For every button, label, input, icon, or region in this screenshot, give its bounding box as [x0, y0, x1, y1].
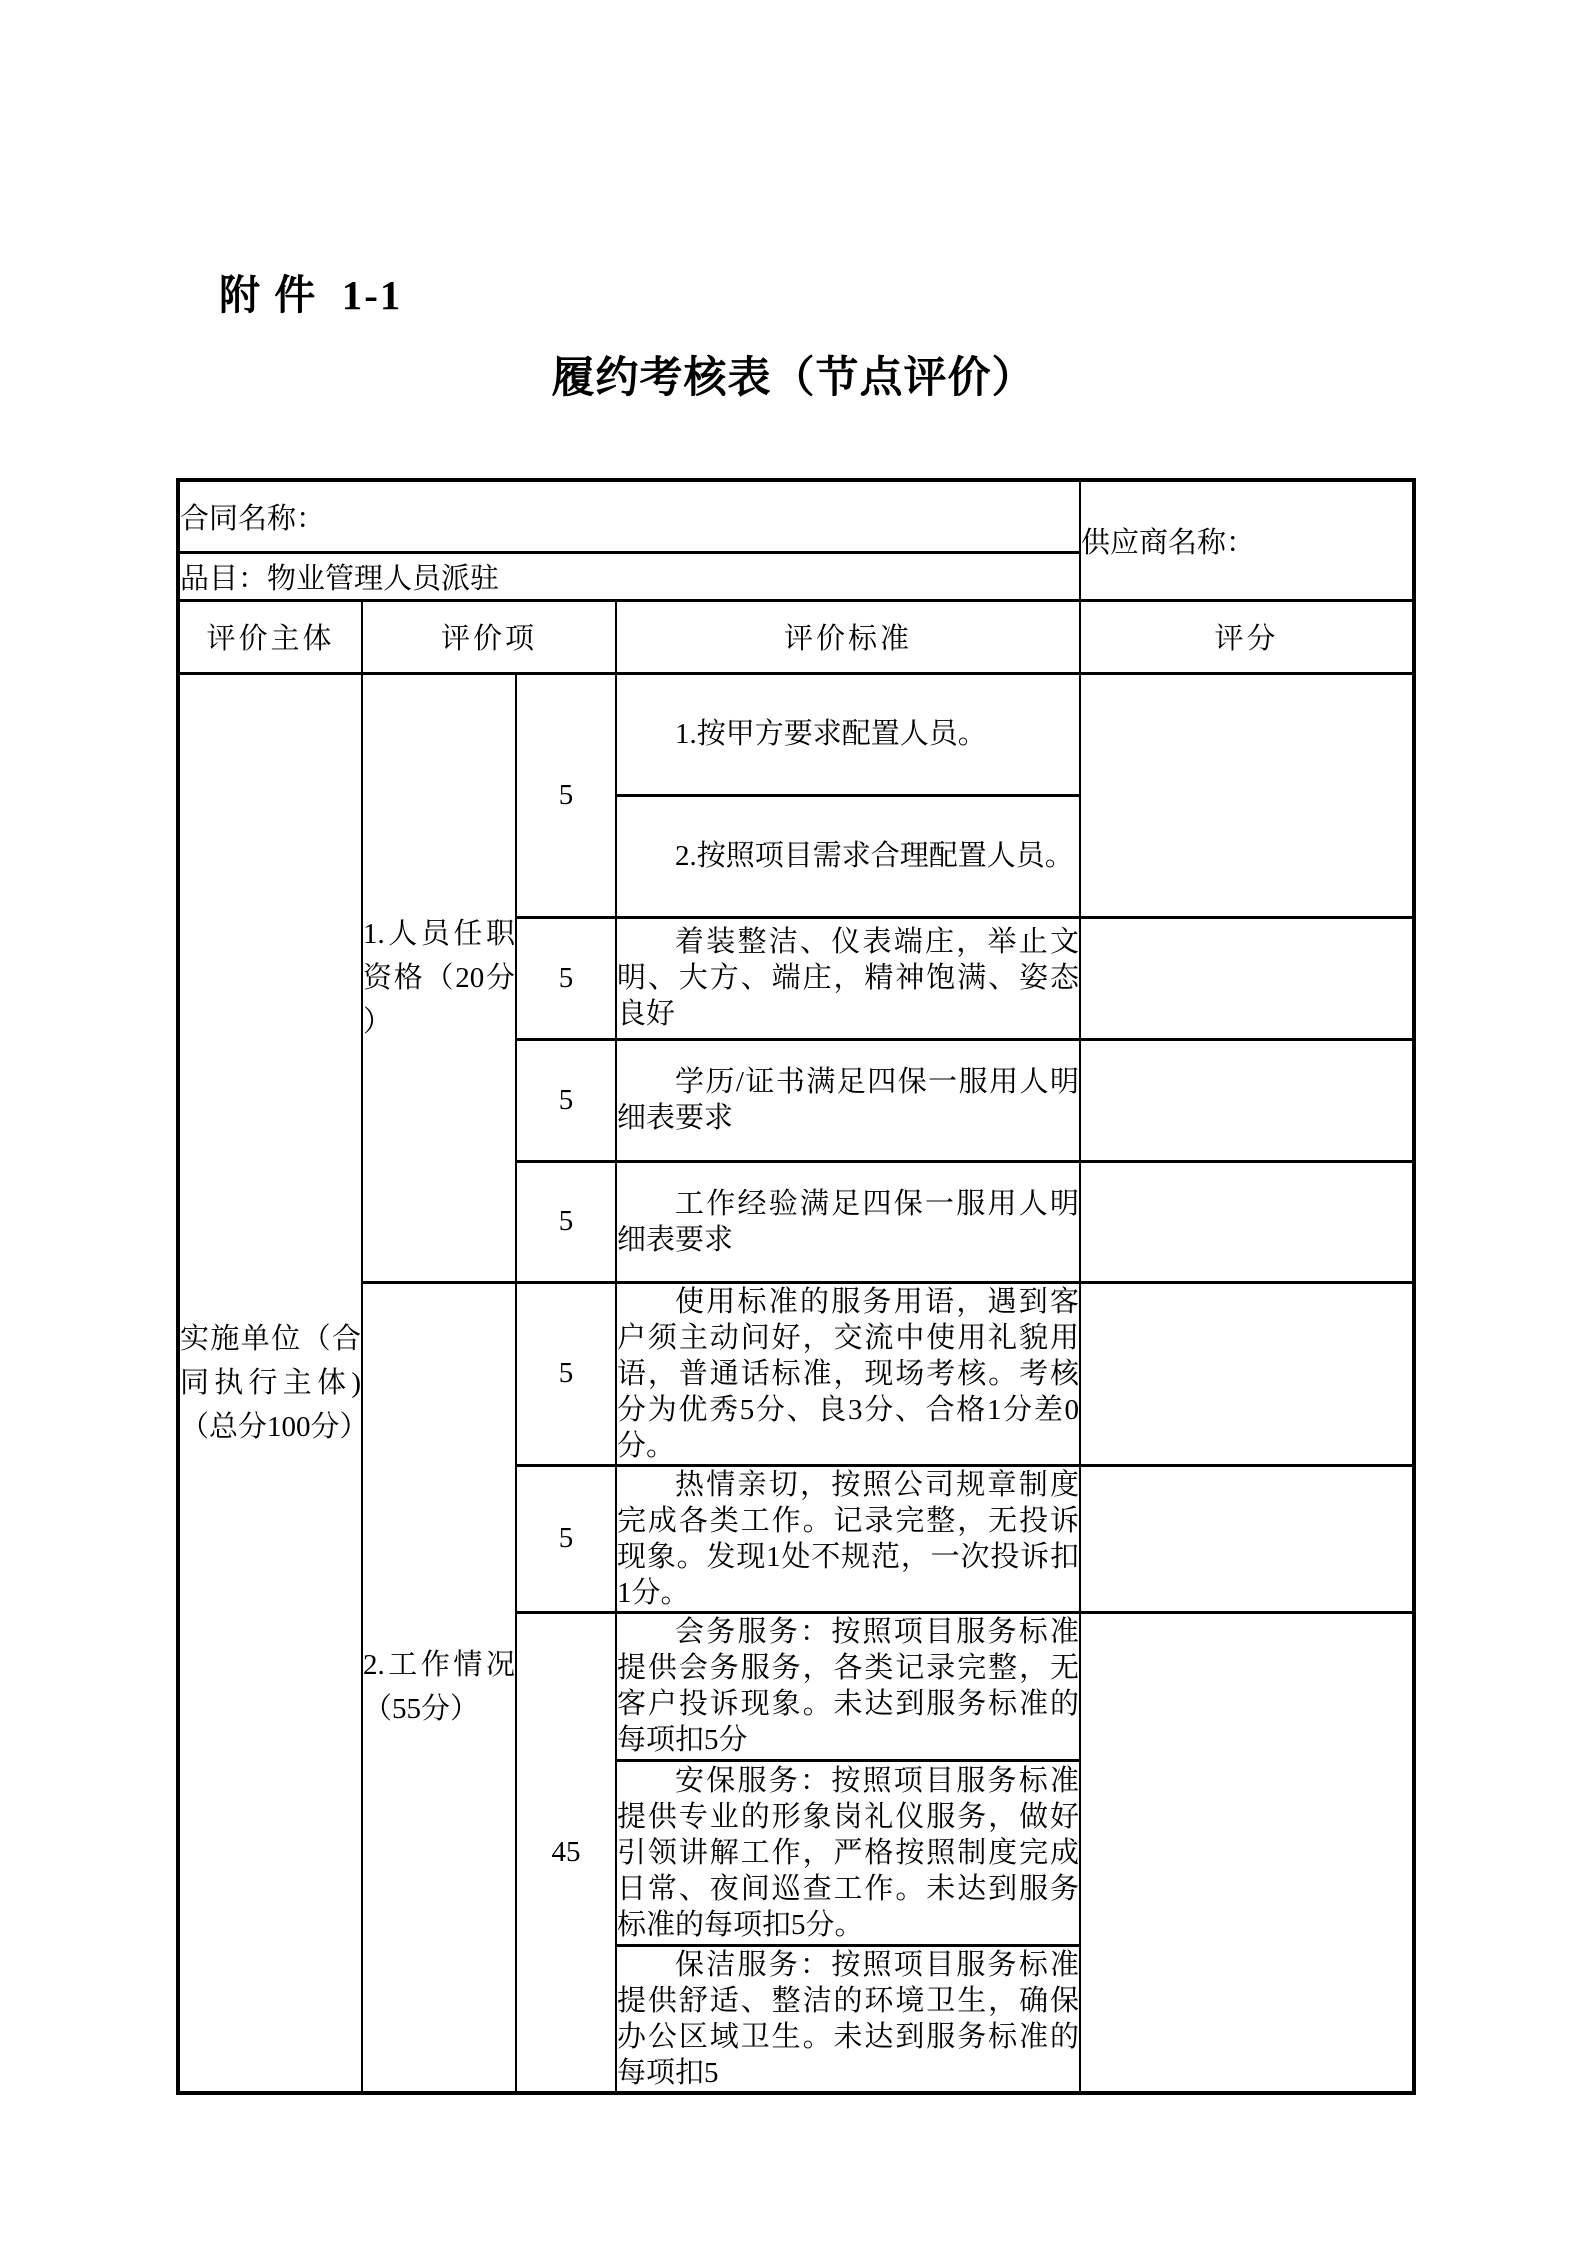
table-row: 实施单位（合同执行主体)（总分100分） 1.人员任职资格（20分） 5 1.按… [178, 673, 1414, 795]
criteria-cell-8: 会务服务：按照项目服务标准提供会务服务，各类记录完整，无客户投诉现象。未达到服务… [616, 1612, 1080, 1760]
score-cell-4 [1080, 1039, 1414, 1161]
page-title: 履约考核表（节点评价） [0, 344, 1587, 405]
table-row: 2.工作情况（55分） 5 使用标准的服务用语，遇到客户须主动问好，交流中使用礼… [178, 1282, 1414, 1465]
score-cell-8 [1080, 1612, 1414, 2093]
score-cell-6 [1080, 1282, 1414, 1465]
score-cell-7 [1080, 1465, 1414, 1612]
score-cell-1 [1080, 673, 1414, 917]
header-subject: 评价主体 [178, 600, 362, 673]
points-cell-7: 5 [516, 1465, 616, 1612]
criteria-cell-6: 使用标准的服务用语，遇到客户须主动问好，交流中使用礼貌用语，普通话标准，现场考核… [616, 1282, 1080, 1465]
header-criteria: 评价标准 [616, 600, 1080, 673]
contract-name-row: 合同名称： 供应商名称： [178, 480, 1414, 552]
criteria-cell-5: 工作经验满足四保一服用人明细表要求 [616, 1161, 1080, 1282]
criteria-cell-10: 保洁服务：按照项目服务标准提供舒适、整洁的环境卫生，确保办公区域卫生。未达到服务… [616, 1945, 1080, 2093]
contract-name-cell: 合同名称： [178, 480, 1080, 552]
points-cell-4: 5 [516, 1039, 616, 1161]
points-cell-3: 5 [516, 917, 616, 1039]
points-cell-6: 5 [516, 1282, 616, 1465]
criteria-cell-2: 2.按照项目需求合理配置人员。 [616, 795, 1080, 917]
criteria-cell-7: 热情亲切，按照公司规章制度完成各类工作。记录完整，无投诉现象。发现1处不规范，一… [616, 1465, 1080, 1612]
column-header-row: 评价主体 评价项 评价标准 评分 [178, 600, 1414, 673]
score-cell-5 [1080, 1161, 1414, 1282]
supplier-name-cell: 供应商名称： [1080, 480, 1414, 600]
header-item: 评价项 [362, 600, 616, 673]
points-cell-5: 5 [516, 1161, 616, 1282]
assessment-table: 合同名称： 供应商名称： 品目：物业管理人员派驻 评价主体 评价项 评价标准 评… [176, 478, 1416, 2095]
criteria-cell-9: 安保服务：按照项目服务标准提供专业的形象岗礼仪服务，做好引领讲解工作，严格按照制… [616, 1760, 1080, 1945]
points-cell-8: 45 [516, 1612, 616, 2093]
subject-cell: 实施单位（合同执行主体)（总分100分） [178, 673, 362, 2093]
attachment-label: 附 件 1-1 [219, 262, 402, 321]
section-2-label: 2.工作情况（55分） [362, 1282, 516, 2093]
score-cell-3 [1080, 917, 1414, 1039]
category-cell: 品目：物业管理人员派驻 [178, 552, 1080, 600]
points-cell-1: 5 [516, 673, 616, 917]
criteria-cell-3: 着装整洁、仪表端庄，举止文明、大方、端庄，精神饱满、姿态良好 [616, 917, 1080, 1039]
criteria-cell-1: 1.按甲方要求配置人员。 [616, 673, 1080, 795]
document-page: 附 件 1-1 履约考核表（节点评价） 合同名称： 供应商名称： 品目：物业管理… [0, 0, 1587, 2245]
criteria-cell-4: 学历/证书满足四保一服用人明细表要求 [616, 1039, 1080, 1161]
header-score: 评分 [1080, 600, 1414, 673]
section-1-label: 1.人员任职资格（20分） [362, 673, 516, 1282]
